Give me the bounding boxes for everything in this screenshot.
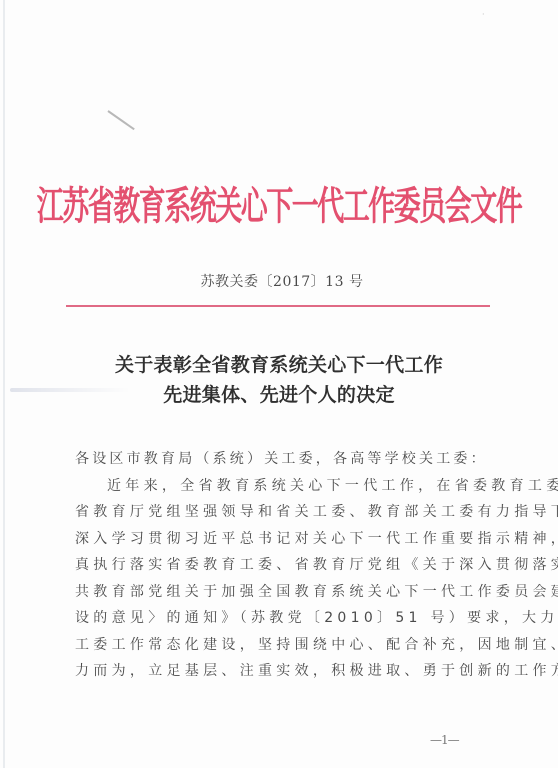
body-line: 工委工作常态化建设，坚持围绕中心、配合补充，因地制宜、量 bbox=[75, 632, 495, 659]
corner-mark-artifact: · bbox=[482, 12, 488, 18]
red-divider-line bbox=[66, 305, 490, 307]
body-line: 真执行落实省委教育工委、省教育厅党组《关于深入贯彻落实〈中 bbox=[75, 552, 495, 579]
pen-mark-artifact bbox=[107, 110, 134, 130]
page-number: —1— bbox=[430, 733, 459, 747]
body-line: 设的意见〉的通知》（苏教党〔2010〕51 号）要求，大力加强关 bbox=[75, 605, 495, 632]
decision-title-line-2: 先进集体、先进个人的决定 bbox=[0, 380, 558, 410]
document-header: 江苏省教育系统关心下一代工作委员会文件 bbox=[0, 186, 558, 216]
salutation: 各设区市教育局（系统）关工委，各高等学校关工委： bbox=[75, 446, 495, 473]
document-body: 各设区市教育局（系统）关工委，各高等学校关工委： 近年来，全省教育系统关心下一代… bbox=[75, 446, 495, 685]
decision-title-line-1: 关于表彰全省教育系统关心下一代工作 bbox=[0, 350, 558, 380]
document-page: · 江苏省教育系统关心下一代工作委员会文件 苏教关委〔2017〕13 号 关于表… bbox=[0, 0, 558, 768]
body-line: 共教育部党组关于加强全国教育系统关心下一代工作委员会建 bbox=[75, 579, 495, 606]
body-line: 力而为，立足基层、注重实效，积极进取、勇于创新的工作方针， bbox=[75, 658, 495, 685]
body-line: 近年来，全省教育系统关心下一代工作，在省委教育工委、 bbox=[75, 473, 495, 500]
body-line: 省教育厅党组坚强领导和省关工委、教育部关工委有力指导下， bbox=[75, 499, 495, 526]
decision-title: 关于表彰全省教育系统关心下一代工作 先进集体、先进个人的决定 bbox=[0, 350, 558, 410]
body-line: 深入学习贯彻习近平总书记对关心下一代工作重要指示精神，认 bbox=[75, 526, 495, 553]
document-number: 苏教关委〔2017〕13 号 bbox=[0, 271, 558, 291]
issuer-title: 江苏省教育系统关心下一代工作委员会文件 bbox=[37, 186, 522, 230]
